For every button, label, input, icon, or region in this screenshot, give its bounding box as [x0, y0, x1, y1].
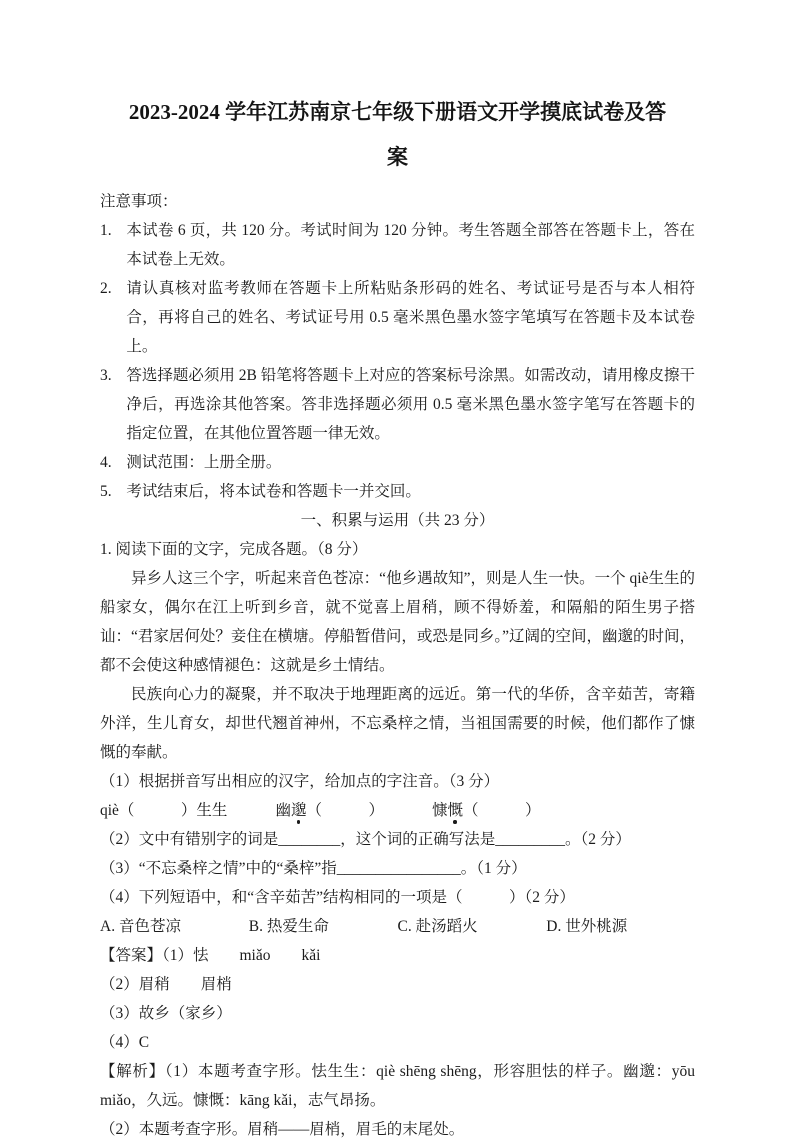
notice-item-5: 5. 考试结束后，将本试卷和答题卡一并交回。 — [100, 477, 695, 506]
notice-item-1-text: 本试卷 6 页，共 120 分。考试时间为 120 分钟。考生答题全部答在答题卡… — [126, 222, 695, 268]
notice-item-3-text: 答选择题必须用 2B 铅笔将答题卡上对应的答案标号涂黑。如需改动，请用橡皮擦干净… — [126, 367, 695, 442]
pinyin-group-qie: qiè（ ）生生 — [100, 796, 227, 825]
pinyin-answer-line: qiè（ ）生生 幽邈（ ） 慷慨（ ） — [100, 796, 695, 825]
passage-paragraph-1: 异乡人这三个字，听起来音色苍凉：“他乡遇故知”，则是人生一快。一个 qiè生生的… — [100, 564, 695, 680]
notice-item-1-number: 1. — [100, 216, 112, 245]
pinyin-group-youmiao: 幽邈（ ） — [275, 796, 384, 825]
pinyin-group-youmiao-char1: 幽 — [275, 802, 291, 819]
title-line-1: 2023-2024 学年江苏南京七年级下册语文开学摸底试卷及答 — [100, 90, 695, 135]
subquestion-4: （4）下列短语中，和“含辛茹苦”结构相同的一项是（ ）（2 分） — [100, 883, 695, 912]
pinyin-group-youmiao-dotted-char: 邈 — [291, 803, 307, 819]
pinyin-group-kangkai-dotted-char: 慨 — [448, 803, 464, 819]
notice-item-3-number: 3. — [100, 361, 112, 390]
notice-item-5-text: 考试结束后，将本试卷和答题卡一并交回。 — [126, 483, 421, 500]
notice-item-2-number: 2. — [100, 274, 112, 303]
section-1-heading: 一、积累与运用（共 23 分） — [100, 506, 695, 535]
answer-line-2: （2）眉稍 眉梢 — [100, 970, 695, 999]
option-b: B. 热爱生命 — [249, 912, 398, 941]
options-row: A. 音色苍凉 B. 热爱生命 C. 赴汤蹈火 D. 世外桃源 — [100, 912, 695, 941]
pinyin-group-youmiao-blank: （ ） — [306, 802, 384, 819]
notice-item-2: 2. 请认真核对监考教师在答题卡上所粘贴条形码的姓名、考试证号是否与本人相符合，… — [100, 274, 695, 361]
notice-item-5-number: 5. — [100, 477, 112, 506]
question-1-stem: 1. 阅读下面的文字，完成各题。（8 分） — [100, 535, 695, 564]
analysis-line-2: （2）本题考查字形。眉稍——眉梢，眉毛的末尾处。 — [100, 1115, 695, 1144]
pinyin-group-kangkai-blank: （ ） — [463, 802, 541, 819]
pinyin-group-kangkai-char1: 慷 — [432, 802, 448, 819]
notice-item-1: 1. 本试卷 6 页，共 120 分。考试时间为 120 分钟。考生答题全部答在… — [100, 216, 695, 274]
notice-item-4-text: 测试范围：上册全册。 — [126, 454, 281, 471]
notice-item-3: 3. 答选择题必须用 2B 铅笔将答题卡上对应的答案标号涂黑。如需改动，请用橡皮… — [100, 361, 695, 448]
subquestion-1: （1）根据拼音写出相应的汉字，给加点的字注音。（3 分） — [100, 767, 695, 796]
answer-line-1: 【答案】（1）怯 miǎo kǎi — [100, 941, 695, 970]
document-title: 2023-2024 学年江苏南京七年级下册语文开学摸底试卷及答 案 — [100, 90, 695, 180]
pinyin-group-kangkai: 慷慨（ ） — [432, 796, 541, 825]
subquestion-3: （3）“不忘桑梓之情”中的“桑梓”指________________。（1 分） — [100, 854, 695, 883]
exam-document-page: 2023-2024 学年江苏南京七年级下册语文开学摸底试卷及答 案 注意事项： … — [0, 0, 793, 1122]
answer-line-3: （3）故乡（家乡） — [100, 999, 695, 1028]
notice-item-4: 4. 测试范围：上册全册。 — [100, 448, 695, 477]
notice-item-4-number: 4. — [100, 448, 112, 477]
notice-item-2-text: 请认真核对监考教师在答题卡上所粘贴条形码的姓名、考试证号是否与本人相符合，再将自… — [126, 280, 695, 355]
subquestion-2: （2）文中有错别字的词是________，这个词的正确写法是_________。… — [100, 825, 695, 854]
option-a: A. 音色苍凉 — [100, 912, 249, 941]
option-c: C. 赴汤蹈火 — [398, 912, 547, 941]
option-d: D. 世外桃源 — [546, 912, 695, 941]
answer-line-4: （4）C — [100, 1028, 695, 1057]
analysis-line-1: 【解析】（1）本题考查字形。怯生生：qiè shēng shēng，形容胆怯的样… — [100, 1057, 695, 1115]
notice-heading: 注意事项： — [100, 187, 695, 216]
title-line-2: 案 — [100, 135, 695, 180]
passage-paragraph-2: 民族向心力的凝聚，并不取决于地理距离的远近。第一代的华侨，含辛茹苦，寄籍外洋，生… — [100, 680, 695, 767]
